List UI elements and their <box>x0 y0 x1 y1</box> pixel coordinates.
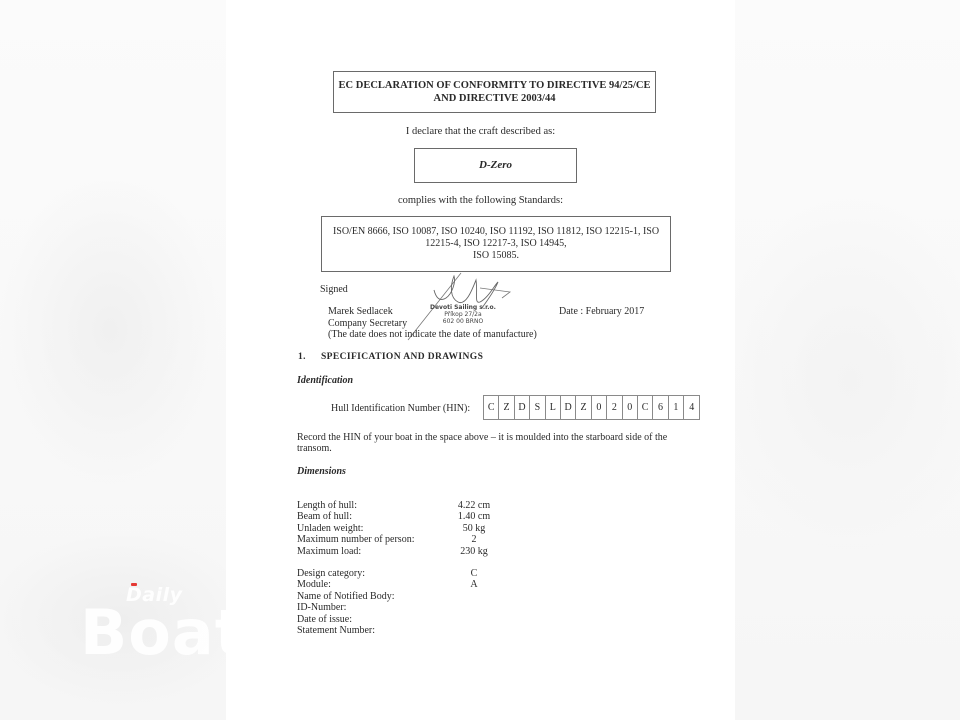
declaration-title-line-1: EC DECLARATION OF CONFORMITY TO DIRECTIV… <box>334 79 655 92</box>
spec-label: Statement Number: <box>297 625 375 636</box>
spec-value: 1.40 cm <box>449 511 499 522</box>
hin-char-cell: 1 <box>669 396 684 419</box>
spec-row: Module:A <box>297 579 557 590</box>
declaration-title-box: EC DECLARATION OF CONFORMITY TO DIRECTIV… <box>333 71 656 113</box>
craft-name-box: D-Zero <box>414 148 577 183</box>
spec-row: Maximum number of person:2 <box>297 534 557 545</box>
section-number: 1. <box>298 352 306 362</box>
identification-heading: Identification <box>297 375 353 386</box>
hin-char-cell: 2 <box>607 396 622 419</box>
hin-char-cell: C <box>638 396 653 419</box>
hin-char-cell: S <box>530 396 545 419</box>
hin-char-cell: 0 <box>592 396 607 419</box>
spec-label: Design category: <box>297 568 365 579</box>
stamp-company-name: Devoti Sailing s.r.o. <box>430 304 496 311</box>
spec-label: ID-Number: <box>297 602 346 613</box>
spec-row: ID-Number: <box>297 602 557 613</box>
signed-label: Signed <box>320 284 348 296</box>
hin-char-cell: C <box>484 396 499 419</box>
dimensions-list: Length of hull:4.22 cmBeam of hull:1.40 … <box>297 500 557 557</box>
hin-char-cell: Z <box>576 396 591 419</box>
spec-row: Name of Notified Body: <box>297 591 557 602</box>
spec-value: 4.22 cm <box>449 500 499 511</box>
hin-char-cell: 6 <box>653 396 668 419</box>
signer-title: Company Secretary <box>328 318 407 330</box>
company-stamp: Devoti Sailing s.r.o. Příkop 27/2a 602 0… <box>430 304 496 325</box>
hin-note-line-1: Record the HIN of your boat in the space… <box>297 432 667 444</box>
spec-row: Beam of hull:1.40 cm <box>297 511 557 522</box>
spec-label: Unladen weight: <box>297 523 363 534</box>
certification-list: Design category:CModule:AName of Notifie… <box>297 568 557 636</box>
stamp-city: 602 00 BRNO <box>430 318 496 325</box>
spec-row: Unladen weight:50 kg <box>297 523 557 534</box>
stamp-street: Příkop 27/2a <box>430 311 496 318</box>
hin-note-line-2: transom. <box>297 443 332 455</box>
complies-text: complies with the following Standards: <box>226 195 735 206</box>
spec-row: Maximum load:230 kg <box>297 546 557 557</box>
spec-value: 50 kg <box>449 523 499 534</box>
spec-row: Length of hull:4.22 cm <box>297 500 557 511</box>
dimensions-heading: Dimensions <box>297 466 346 477</box>
hin-char-cell: D <box>515 396 530 419</box>
spec-row: Statement Number: <box>297 625 557 636</box>
spec-row: Design category:C <box>297 568 557 579</box>
standards-line-3: ISO 15085. <box>322 250 670 262</box>
spec-label: Beam of hull: <box>297 511 352 522</box>
date-note: (The date does not indicate the date of … <box>328 329 537 341</box>
spec-value: 230 kg <box>449 546 499 557</box>
standards-box: ISO/EN 8666, ISO 10087, ISO 10240, ISO 1… <box>321 216 671 272</box>
hin-char-cell: 4 <box>684 396 699 419</box>
signer-name: Marek Sedlacek <box>328 306 393 318</box>
hin-char-cell: L <box>546 396 561 419</box>
hin-char-cell: D <box>561 396 576 419</box>
spec-label: Date of issue: <box>297 614 352 625</box>
section-title: SPECIFICATION AND DRAWINGS <box>321 352 483 362</box>
hin-char-cell: 0 <box>623 396 638 419</box>
hin-boxes: CZDSLDZ020C614 <box>483 395 700 420</box>
spec-row: Date of issue: <box>297 614 557 625</box>
spec-value: A <box>449 579 499 590</box>
declaration-title-line-2: AND DIRECTIVE 2003/44 <box>334 92 655 105</box>
spec-label: Length of hull: <box>297 500 357 511</box>
spec-value: C <box>449 568 499 579</box>
spec-label: Maximum number of person: <box>297 534 414 545</box>
spec-label: Module: <box>297 579 331 590</box>
spec-value: 2 <box>449 534 499 545</box>
spec-label: Maximum load: <box>297 546 361 557</box>
standards-line-2: 12215-4, ISO 12217-3, ISO 14945, <box>322 238 670 250</box>
declaration-date: Date : February 2017 <box>559 306 644 318</box>
standards-line-1: ISO/EN 8666, ISO 10087, ISO 10240, ISO 1… <box>322 226 670 238</box>
hin-label: Hull Identification Number (HIN): <box>331 403 470 415</box>
spec-label: Name of Notified Body: <box>297 591 394 602</box>
declare-text: I declare that the craft described as: <box>226 126 735 137</box>
document-page: EC DECLARATION OF CONFORMITY TO DIRECTIV… <box>226 0 735 720</box>
hin-char-cell: Z <box>499 396 514 419</box>
